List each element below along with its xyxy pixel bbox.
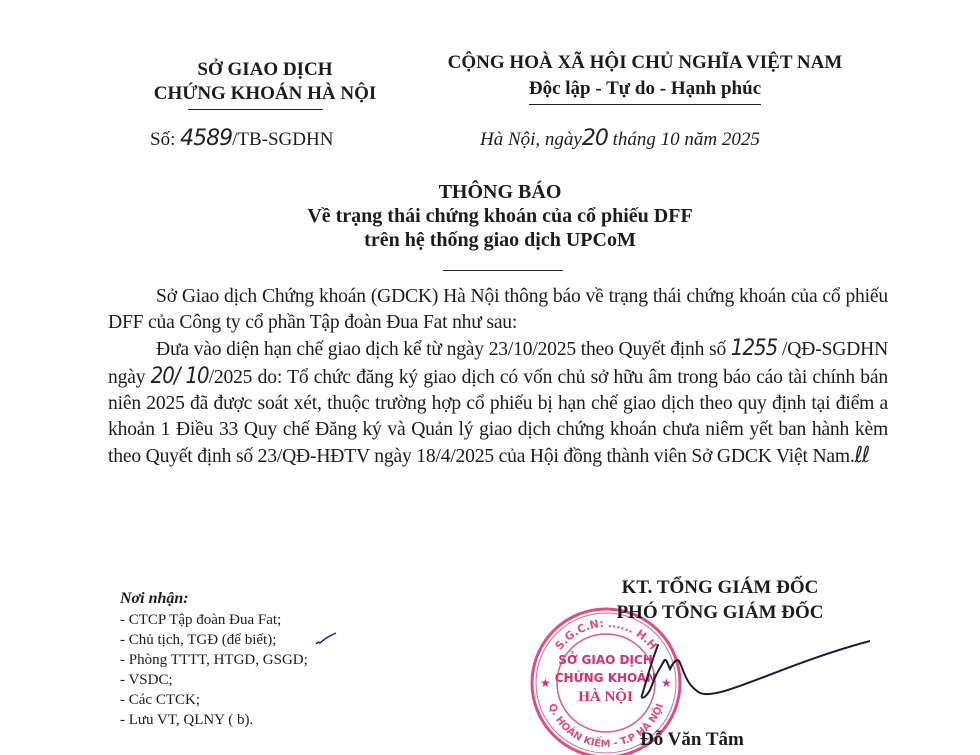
- decision-date-handwritten: 20/ 10: [151, 364, 209, 389]
- recipients-list: Nơi nhận: - CTCP Tập đoàn Đua Fat; - Chủ…: [120, 588, 420, 730]
- doc-number-prefix: Số:: [150, 129, 175, 150]
- paragraph-2-rest: /2025 do: Tổ chức đăng ký giao dịch có v…: [108, 367, 888, 468]
- signature-title: KT. TỔNG GIÁM ĐỐC PHÓ TỔNG GIÁM ĐỐC: [570, 575, 870, 625]
- recipient-item: - VSDC;: [120, 670, 420, 690]
- recipient-item: - CTCP Tập đoàn Đua Fat;: [120, 610, 420, 630]
- title-line-3: trên hệ thống giao dịch UPCoM: [240, 228, 760, 252]
- document-number: Số: 4589/TB-SGDHN: [150, 127, 333, 152]
- initials-handwritten: ℓℓ: [855, 443, 869, 468]
- date-suffix: tháng 10 năm 2025: [613, 129, 760, 150]
- recipient-item: - Lưu VT, QLNY ( b).: [120, 710, 420, 730]
- organization-underline: [188, 109, 323, 110]
- organization-line-2: CHỨNG KHOÁN HÀ NỘI: [120, 82, 410, 106]
- national-motto: Độc lập - Tự do - Hạnh phúc: [529, 76, 761, 105]
- place-and-date: Hà Nội, ngày20 tháng 10 năm 2025: [480, 127, 760, 152]
- title-underline: [443, 270, 563, 271]
- document-body: Sở Giao dịch Chứng khoán (GDCK) Hà Nội t…: [108, 284, 888, 470]
- recipient-item: - Phòng TTTT, HTGD, GSGD;: [120, 650, 420, 670]
- title-line-2: Về trạng thái chứng khoán của cổ phiếu D…: [240, 204, 760, 228]
- checkmark-icon: [315, 632, 337, 646]
- issuing-organization: SỞ GIAO DỊCH CHỨNG KHOÁN HÀ NỘI: [120, 58, 410, 106]
- body-paragraph-2: Đưa vào diện hạn chế giao dịch kể từ ngà…: [108, 336, 888, 470]
- nation-name: CỘNG HOÀ XÃ HỘI CHỦ NGHĨA VIỆT NAM: [415, 50, 875, 76]
- signer-name: Đỗ Văn Tâm: [640, 728, 744, 752]
- national-header: CỘNG HOÀ XÃ HỘI CHỦ NGHĨA VIỆT NAM Độc l…: [415, 50, 875, 105]
- recipient-item: - Các CTCK;: [120, 690, 420, 710]
- date-day-handwritten: 20: [582, 126, 608, 151]
- paragraph-2-start: Đưa vào diện hạn chế giao dịch kể từ ngà…: [156, 339, 726, 360]
- recipient-item: - Chủ tịch, TGĐ (để biết);: [120, 630, 420, 650]
- handwritten-signature-icon: [640, 635, 870, 715]
- doc-number-handwritten: 4589: [180, 126, 232, 151]
- doc-number-suffix: /TB-SGDHN: [232, 129, 333, 150]
- signature-title-line-1: KT. TỔNG GIÁM ĐỐC: [570, 575, 870, 600]
- decision-number-handwritten: 1255: [731, 336, 777, 361]
- date-prefix: Hà Nội, ngày: [480, 129, 582, 150]
- organization-line-1: SỞ GIAO DỊCH: [120, 58, 410, 82]
- document-title: THÔNG BÁO Về trạng thái chứng khoán của …: [240, 180, 760, 252]
- recipients-heading: Nơi nhận:: [120, 588, 420, 610]
- body-paragraph-1: Sở Giao dịch Chứng khoán (GDCK) Hà Nội t…: [108, 284, 888, 336]
- signature-title-line-2: PHÓ TỔNG GIÁM ĐỐC: [570, 600, 870, 625]
- title-line-1: THÔNG BÁO: [240, 180, 760, 204]
